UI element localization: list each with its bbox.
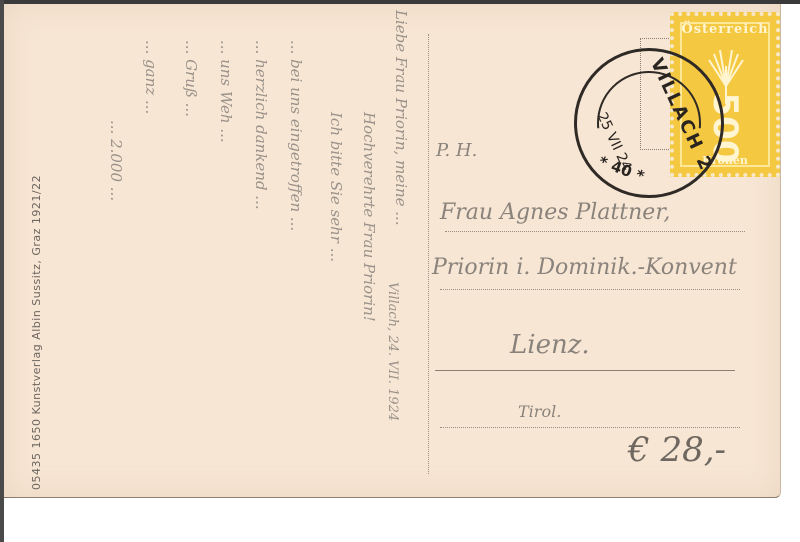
publisher-imprint: 05435 1650 Kunstverlag Albin Sussitz, Gr…: [30, 175, 43, 490]
message-line: ... herzlich dankend ...: [252, 40, 270, 210]
message-line: Hochverehrte Frau Priorin!: [360, 112, 378, 322]
address-region: Tirol.: [518, 402, 561, 421]
message-date: Villach, 24. VII. 1924: [385, 282, 400, 421]
message-line: ... uns Weh ...: [217, 40, 235, 143]
message-line: ... bei uns eingetroffen ...: [287, 40, 305, 231]
address-line: [435, 370, 735, 371]
message-line: ... ganz ...: [142, 40, 160, 114]
message-line: Liebe Frau Priorin, meine ...: [392, 10, 410, 226]
center-divider: [428, 34, 429, 474]
address-line: [440, 289, 740, 290]
message-line: ... 2.000 ...: [107, 120, 125, 201]
message-line: Ich bitte Sie sehr ...: [327, 112, 345, 262]
price-note: € 28,-: [628, 430, 726, 470]
address-recipient: Frau Agnes Plattner,: [440, 200, 670, 225]
stamp-country: Österreich: [678, 22, 772, 37]
message-line: ... Gruß ...: [182, 40, 200, 117]
address-city: Lienz.: [510, 330, 590, 360]
address-salutation: P. H.: [436, 140, 477, 161]
address-title: Priorin i. Dominik.-Konvent: [432, 255, 737, 280]
address-line: [445, 231, 745, 232]
address-line: [440, 427, 740, 428]
